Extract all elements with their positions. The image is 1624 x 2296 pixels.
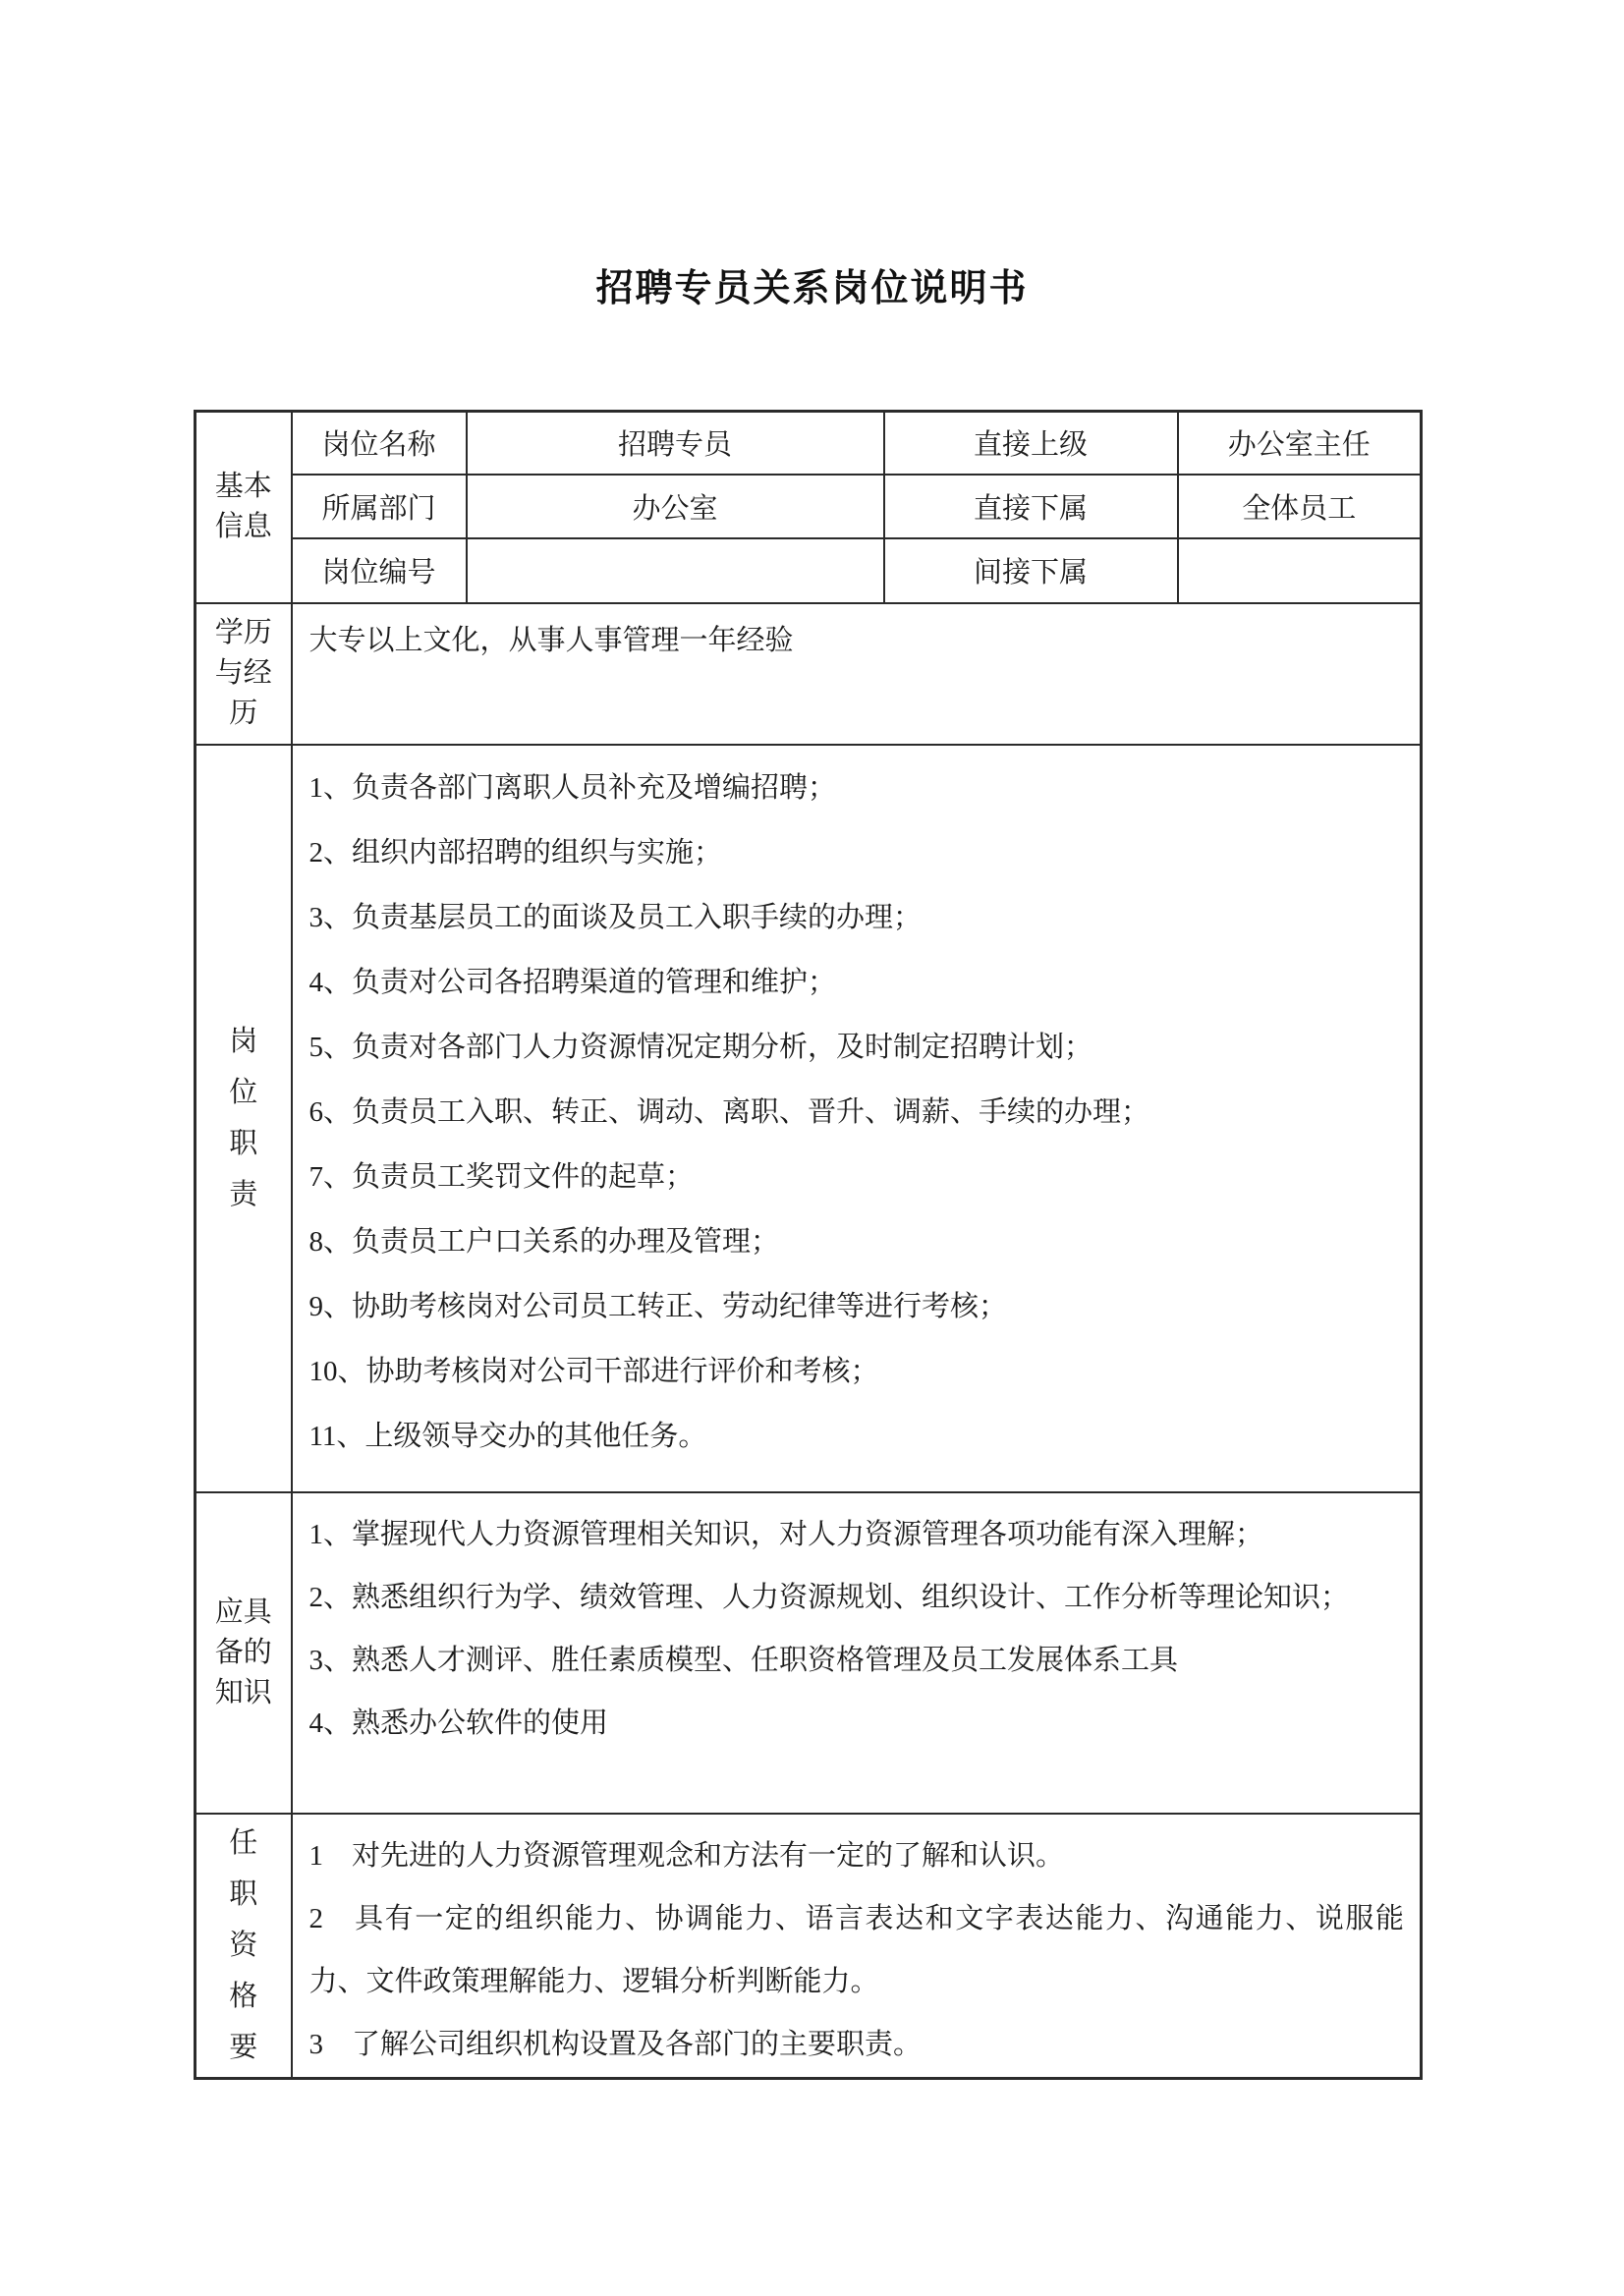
cell-position-number-value [467,538,884,603]
knowledge-item: 2、熟悉组织行为学、绩效管理、人力资源规划、组织设计、工作分析等理论知识； [309,1566,1405,1629]
cell-direct-superior-value: 办公室主任 [1178,412,1422,475]
knowledge-item: 3、熟悉人才测评、胜任素质模型、任职资格管理及员工发展体系工具 [309,1629,1405,1692]
section-label-knowledge: 应具 备的 知识 [196,1492,292,1814]
duty-item: 4、负责对公司各招聘渠道的管理和维护； [309,950,1405,1015]
table-row-education: 学历 与经 历 大专以上文化，从事人事管理一年经验 [196,603,1422,745]
table-row-basic-3: 岗位编号 间接下属 [196,538,1422,603]
cell-indirect-subordinate-label: 间接下属 [884,538,1178,603]
cell-indirect-subordinate-value [1178,538,1422,603]
table-row-duties: 岗 位 职 责 1、负责各部门离职人员补充及增编招聘； 2、组织内部招聘的组织与… [196,745,1422,1492]
cell-direct-subordinate-label: 直接下属 [884,475,1178,538]
qualifications-content-cell: 1 对先进的人力资源管理观念和方法有一定的了解和认识。 2 具有一定的组织能力、… [292,1814,1422,2079]
duties-content-cell: 1、负责各部门离职人员补充及增编招聘； 2、组织内部招聘的组织与实施； 3、负责… [292,745,1422,1492]
duty-item: 11、上级领导交办的其他任务。 [309,1404,1405,1469]
cell-position-name-label: 岗位名称 [292,412,467,475]
document-title: 招聘专员关系岗位说明书 [0,257,1624,311]
qualification-item: 2 具有一定的组织能力、协调能力、语言表达和文字表达能力、沟通能力、说服能力、文… [309,1887,1405,2013]
duty-item: 2、组织内部招聘的组织与实施； [309,820,1405,885]
duty-item: 9、协助考核岗对公司员工转正、劳动纪律等进行考核； [309,1274,1405,1339]
cell-position-number-label: 岗位编号 [292,538,467,603]
knowledge-content-cell: 1、掌握现代人力资源管理相关知识，对人力资源管理各项功能有深入理解； 2、熟悉组… [292,1492,1422,1814]
duty-item: 1、负责各部门离职人员补充及增编招聘； [309,756,1405,820]
duty-item: 3、负责基层员工的面谈及员工入职手续的办理； [309,885,1405,950]
education-content-cell: 大专以上文化，从事人事管理一年经验 [292,603,1422,745]
knowledge-item: 4、熟悉办公软件的使用 [309,1692,1405,1755]
section-label-education: 学历 与经 历 [196,603,292,745]
section-label-duties: 岗 位 职 责 [196,745,292,1492]
qualification-item: 3 了解公司组织机构设置及各部门的主要职责。 [309,2013,1405,2076]
document-page: 招聘专员关系岗位说明书 基本 信息 岗位名称 招聘专员 直接上级 办公室主任 所… [0,0,1624,2296]
section-label-basic-info: 基本 信息 [196,412,292,603]
table-row-knowledge: 应具 备的 知识 1、掌握现代人力资源管理相关知识，对人力资源管理各项功能有深入… [196,1492,1422,1814]
duty-item: 8、负责员工户口关系的办理及管理； [309,1209,1405,1274]
section-label-qualifications: 任 职 资 格 要 [196,1814,292,2079]
cell-department-label: 所属部门 [292,475,467,538]
cell-direct-superior-label: 直接上级 [884,412,1178,475]
table-row-basic-1: 基本 信息 岗位名称 招聘专员 直接上级 办公室主任 [196,412,1422,475]
cell-department-value: 办公室 [467,475,884,538]
table-row-qualifications: 任 职 资 格 要 1 对先进的人力资源管理观念和方法有一定的了解和认识。 2 … [196,1814,1422,2079]
duty-item: 10、协助考核岗对公司干部进行评价和考核； [309,1339,1405,1404]
duty-item: 5、负责对各部门人力资源情况定期分析，及时制定招聘计划； [309,1015,1405,1080]
job-description-table: 基本 信息 岗位名称 招聘专员 直接上级 办公室主任 所属部门 办公室 直接下属… [194,410,1423,2080]
duty-item: 7、负责员工奖罚文件的起草； [309,1145,1405,1209]
duty-item: 6、负责员工入职、转正、调动、离职、晋升、调薪、手续的办理； [309,1080,1405,1145]
knowledge-item: 1、掌握现代人力资源管理相关知识，对人力资源管理各项功能有深入理解； [309,1503,1405,1566]
cell-position-name-value: 招聘专员 [467,412,884,475]
cell-direct-subordinate-value: 全体员工 [1178,475,1422,538]
education-text: 大专以上文化，从事人事管理一年经验 [309,614,1405,663]
table-row-basic-2: 所属部门 办公室 直接下属 全体员工 [196,475,1422,538]
qualification-item: 1 对先进的人力资源管理观念和方法有一定的了解和认识。 [309,1824,1405,1887]
